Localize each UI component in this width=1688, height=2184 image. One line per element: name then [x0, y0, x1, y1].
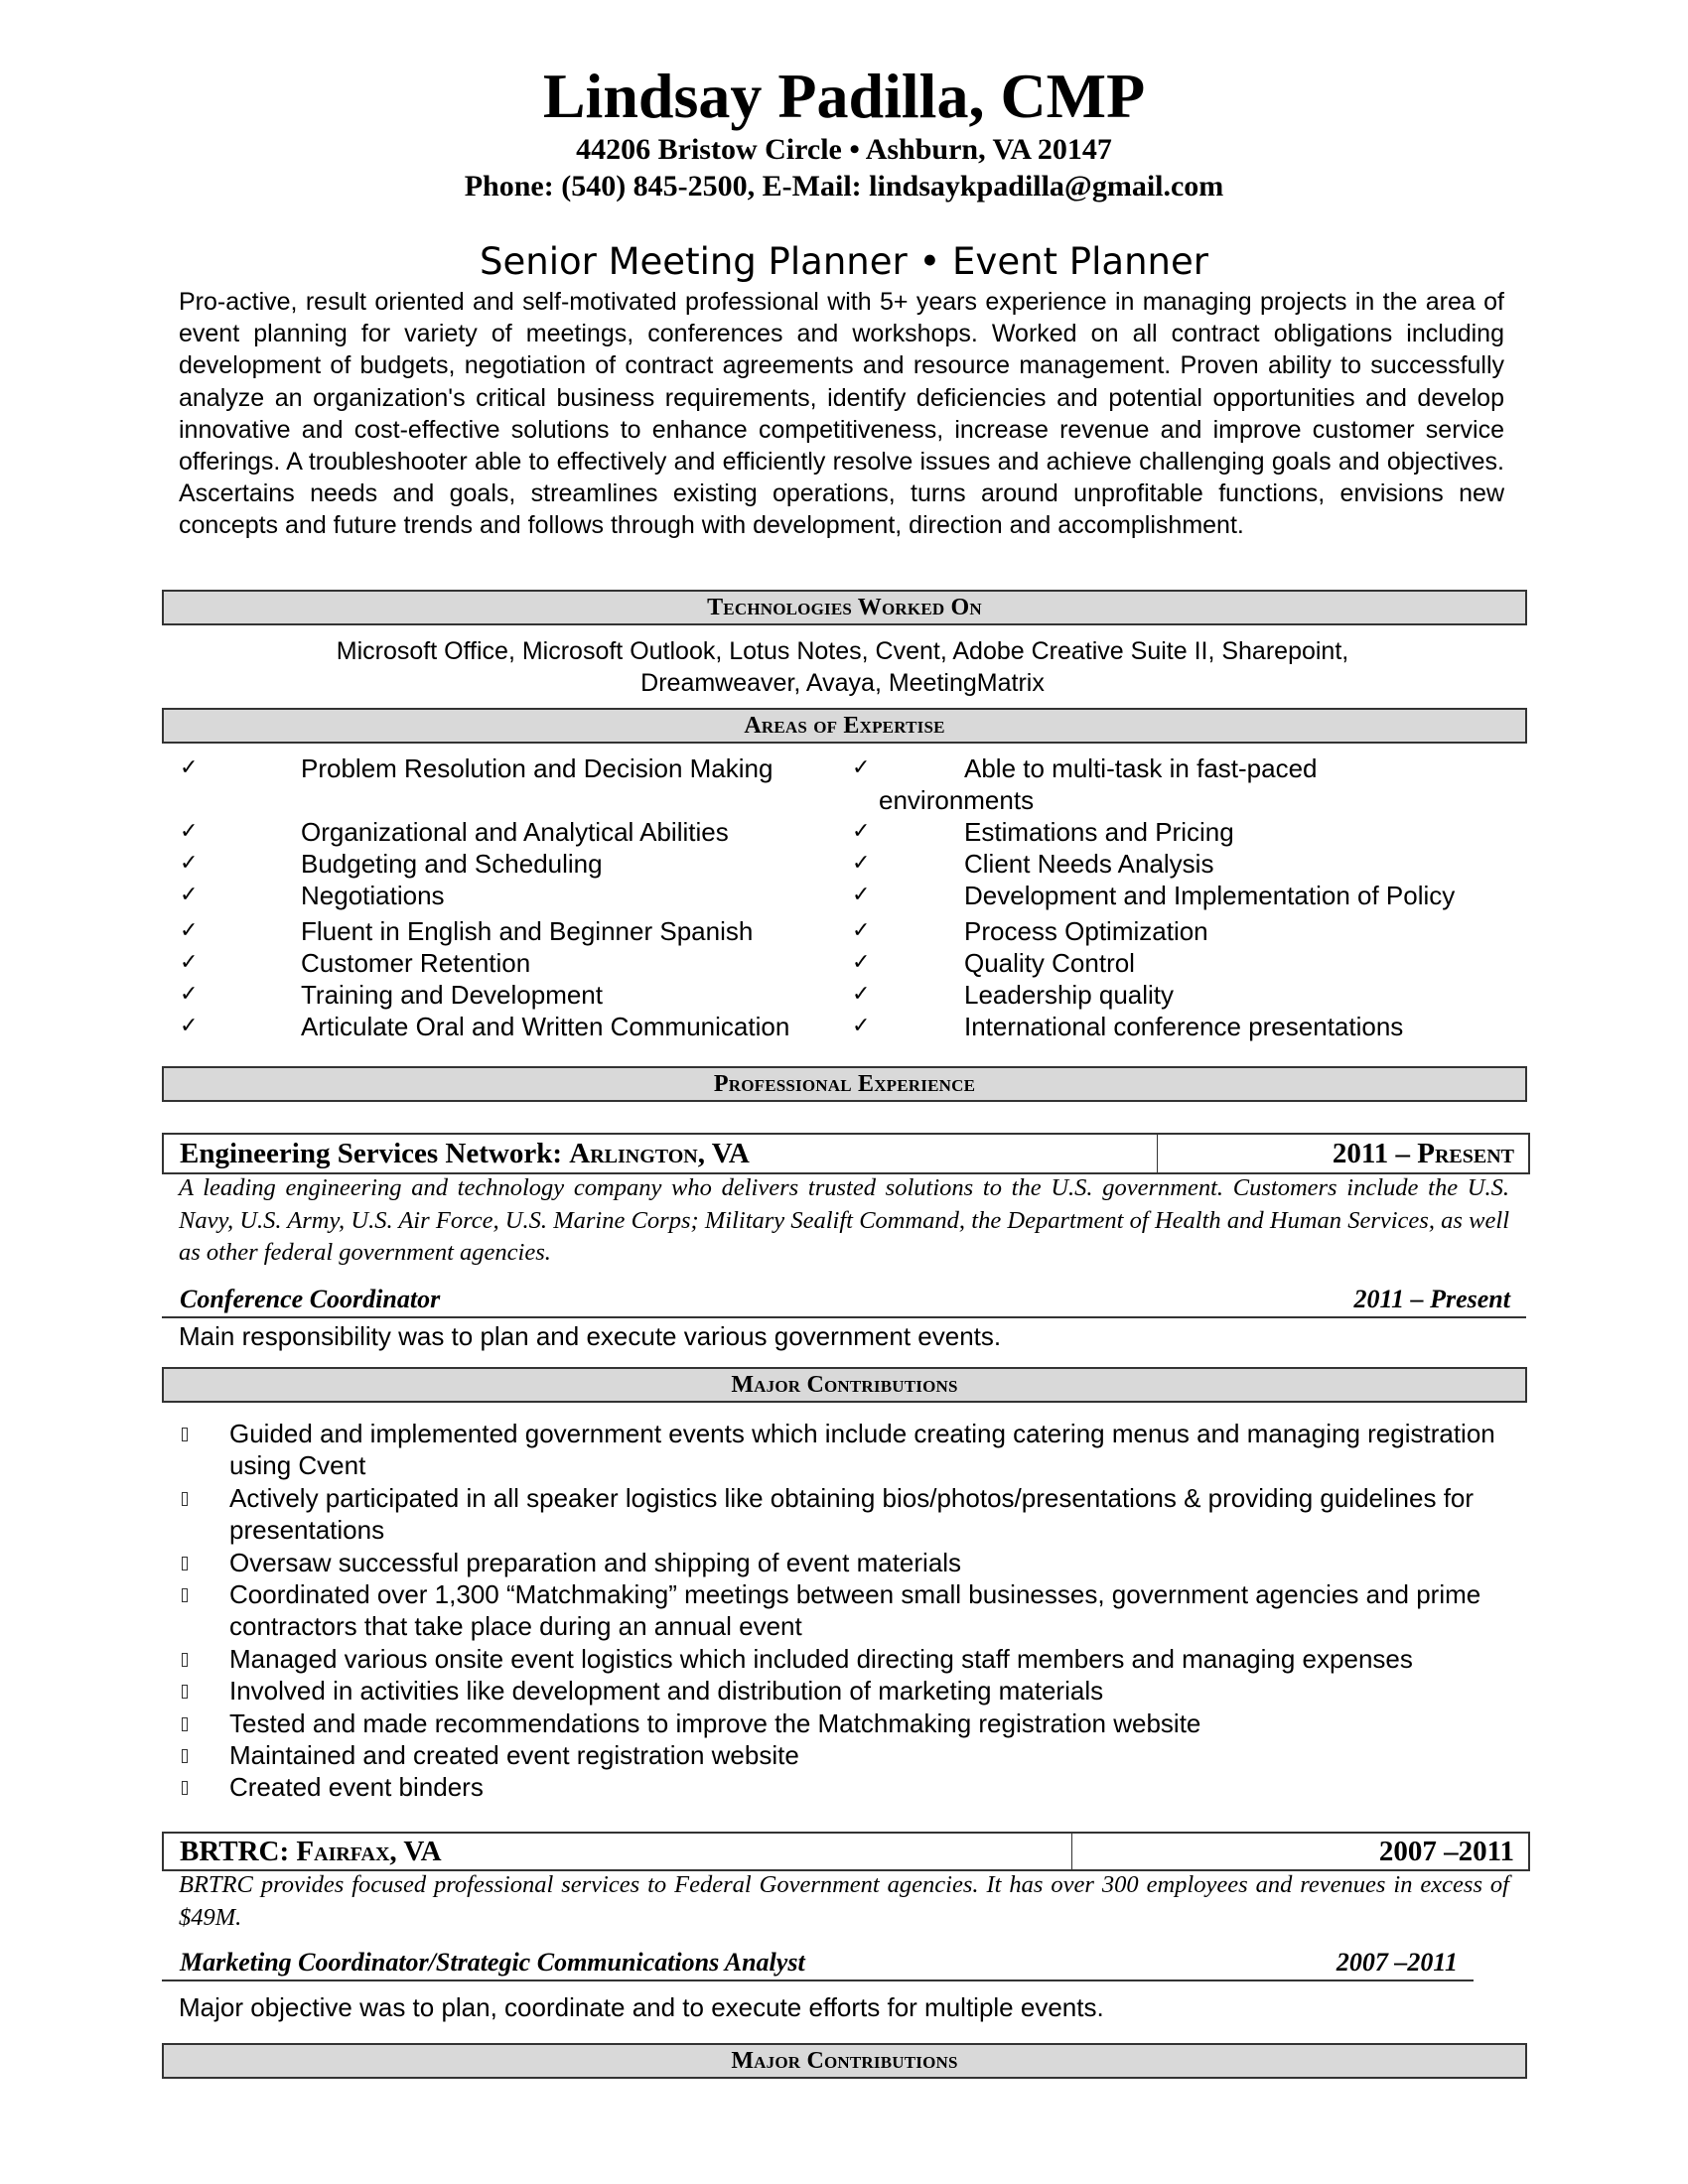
employer-header-esn: Engineering Services Network: Arlington,…	[162, 1133, 1530, 1174]
section-header-contributions: Major Contributions	[162, 1367, 1527, 1403]
contribution-item: Guided and implemented government events…	[179, 1418, 1529, 1482]
contribution-text: Maintained and created event registratio…	[229, 1740, 799, 1770]
expertise-item: Fluent in English and Beginner Spanish	[301, 915, 753, 947]
address: 44206 Bristow Circle • Ashburn, VA 20147	[0, 132, 1688, 168]
contribution-item: Coordinated over 1,300 “Matchmaking” mee…	[179, 1578, 1529, 1643]
contribution-item: Oversaw successful preparation and shipp…	[179, 1547, 1529, 1578]
expertise-item: Negotiations	[301, 880, 445, 911]
technologies-line-1: Microsoft Office, Microsoft Outlook, Lot…	[162, 635, 1523, 667]
check-icon: ✓	[180, 819, 198, 844]
check-icon: ✓	[180, 755, 198, 780]
employer-dates: 2007 –2011	[1072, 1834, 1528, 1869]
contribution-item: Created event binders	[179, 1771, 1529, 1803]
contribution-text: Coordinated over 1,300 “Matchmaking” mee…	[229, 1579, 1480, 1641]
role-title: Conference Coordinator	[180, 1283, 440, 1316]
employer-name-cell: Engineering Services Network: Arlington,…	[164, 1135, 1158, 1172]
expertise-item: Development and Implementation of Policy	[964, 880, 1455, 911]
bullet-icon	[182, 1492, 188, 1506]
role-dates: 2007 –2011	[1336, 1946, 1458, 1979]
employer-description: BRTRC provides focused professional serv…	[179, 1869, 1509, 1934]
check-icon: ✓	[180, 1014, 198, 1038]
expertise-item: Budgeting and Scheduling	[301, 848, 603, 880]
bullet-icon	[182, 1428, 188, 1441]
bullet-icon	[182, 1685, 188, 1699]
employer-name: Engineering Services Network:	[180, 1138, 562, 1169]
section-header-expertise: Areas of Expertise	[162, 708, 1527, 744]
check-icon: ✓	[852, 918, 870, 943]
employer-dates: 2011 – Present	[1158, 1135, 1528, 1172]
section-header-contributions: Major Contributions	[162, 2043, 1527, 2079]
expertise-item: Process Optimization	[964, 915, 1208, 947]
section-header-experience: Professional Experience	[162, 1066, 1527, 1102]
check-icon: ✓	[180, 918, 198, 943]
expertise-item: Articulate Oral and Written Communicatio…	[301, 1011, 789, 1042]
contribution-text: Created event binders	[229, 1772, 484, 1802]
technologies-list: Microsoft Office, Microsoft Outlook, Lot…	[162, 635, 1523, 699]
bullet-icon	[182, 1749, 188, 1763]
check-icon: ✓	[852, 982, 870, 1007]
contribution-item: Tested and made recommendations to impro…	[179, 1707, 1529, 1739]
summary-paragraph: Pro-active, result oriented and self-mot…	[179, 286, 1504, 542]
role-title: Marketing Coordinator/Strategic Communic…	[180, 1946, 805, 1979]
employer-name-cell: BRTRC: Fairfax, VA	[164, 1834, 1072, 1869]
headline: Senior Meeting Planner • Event Planner	[0, 240, 1688, 284]
contact-info: Phone: (540) 845-2500, E-Mail: lindsaykp…	[0, 169, 1688, 205]
employer-header-brtrc: BRTRC: Fairfax, VA 2007 –2011	[162, 1832, 1530, 1871]
contribution-item: Managed various onsite event logistics w…	[179, 1643, 1529, 1675]
expertise-item: Client Needs Analysis	[964, 848, 1213, 880]
expertise-item-wrap: environments	[879, 784, 1034, 816]
contribution-item: Actively participated in all speaker log…	[179, 1482, 1529, 1547]
expertise-item: International conference presentations	[964, 1011, 1403, 1042]
check-icon: ✓	[852, 950, 870, 975]
responsibility-text: Main responsibility was to plan and exec…	[179, 1320, 1001, 1352]
contribution-text: Tested and made recommendations to impro…	[229, 1708, 1200, 1738]
section-header-technologies: Technologies Worked On	[162, 590, 1527, 625]
expertise-item: Training and Development	[301, 979, 603, 1011]
bullet-icon	[182, 1653, 188, 1667]
expertise-item: Organizational and Analytical Abilities	[301, 816, 729, 848]
check-icon: ✓	[852, 883, 870, 907]
expertise-item: Able to multi-task in fast-paced	[964, 752, 1318, 784]
check-icon: ✓	[852, 1014, 870, 1038]
contribution-item: Involved in activities like development …	[179, 1675, 1529, 1706]
candidate-name: Lindsay Padilla, CMP	[0, 62, 1688, 131]
bullet-icon	[182, 1717, 188, 1731]
contribution-item: Maintained and created event registratio…	[179, 1739, 1529, 1771]
check-icon: ✓	[852, 819, 870, 844]
employer-name: BRTRC:	[180, 1836, 289, 1867]
check-icon: ✓	[180, 883, 198, 907]
employer-description: A leading engineering and technology com…	[179, 1172, 1509, 1270]
bullet-icon	[182, 1588, 188, 1602]
contribution-text: Actively participated in all speaker log…	[229, 1483, 1474, 1545]
check-icon: ✓	[852, 851, 870, 876]
expertise-item: Leadership quality	[964, 979, 1174, 1011]
technologies-line-2: Dreamweaver, Avaya, MeetingMatrix	[162, 667, 1523, 699]
expertise-item: Estimations and Pricing	[964, 816, 1234, 848]
role-dates: 2011 – Present	[1354, 1283, 1510, 1316]
role-row: Marketing Coordinator/Strategic Communic…	[162, 1946, 1474, 1981]
contribution-text: Oversaw successful preparation and shipp…	[229, 1548, 961, 1577]
expertise-item: Customer Retention	[301, 947, 530, 979]
employer-location: Arlington, VA	[569, 1138, 750, 1169]
check-icon: ✓	[180, 851, 198, 876]
expertise-item: Problem Resolution and Decision Making	[301, 752, 773, 784]
check-icon: ✓	[852, 755, 870, 780]
check-icon: ✓	[180, 982, 198, 1007]
contribution-text: Involved in activities like development …	[229, 1676, 1103, 1706]
employer-location: Fairfax, VA	[296, 1836, 441, 1867]
bullet-icon	[182, 1557, 188, 1570]
role-row: Conference Coordinator 2011 – Present	[162, 1283, 1526, 1318]
expertise-item: Quality Control	[964, 947, 1135, 979]
contribution-text: Managed various onsite event logistics w…	[229, 1644, 1413, 1674]
responsibility-text: Major objective was to plan, coordinate …	[179, 1991, 1104, 2023]
contribution-text: Guided and implemented government events…	[229, 1419, 1495, 1480]
bullet-icon	[182, 1781, 188, 1795]
check-icon: ✓	[180, 950, 198, 975]
contributions-list: Guided and implemented government events…	[179, 1418, 1529, 1804]
